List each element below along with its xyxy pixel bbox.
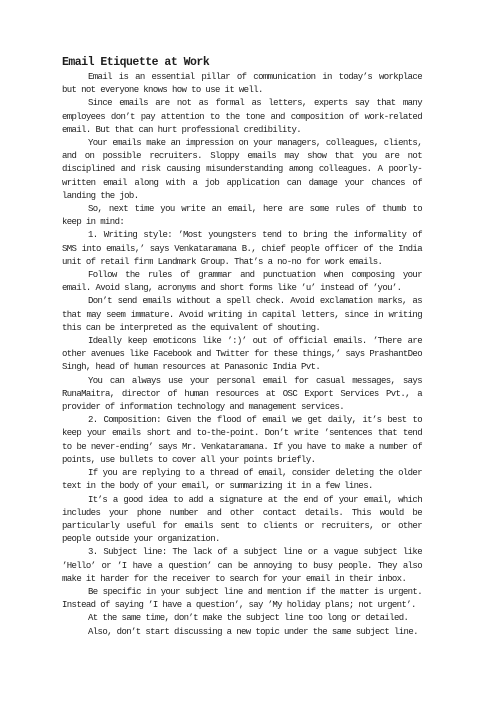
- paragraph: So, next time you write an email, here a…: [62, 203, 422, 229]
- paragraph: 3. Subject line: The lack of a subject l…: [62, 546, 422, 586]
- paragraph: At the same time, don’t make the subject…: [62, 612, 422, 625]
- paragraph: 2. Composition: Given the flood of email…: [62, 414, 422, 467]
- paragraph: Email is an essential pillar of communic…: [62, 71, 422, 97]
- paragraph: Don’t send emails without a spell check.…: [62, 295, 422, 335]
- paragraph: Since emails are not as formal as letter…: [62, 97, 422, 137]
- paragraph: Be specific in your subject line and men…: [62, 586, 422, 612]
- paragraph: Your emails make an impression on your m…: [62, 137, 422, 203]
- page-title: Email Etiquette at Work: [62, 55, 422, 70]
- paragraph: You can always use your personal email f…: [62, 375, 422, 415]
- paragraph: 1. Writing style: ’Most youngsters tend …: [62, 229, 422, 269]
- paragraph: It’s a good idea to add a signature at t…: [62, 494, 422, 547]
- document-page: Email Etiquette at Work Email is an esse…: [0, 0, 496, 702]
- document-content: Email Etiquette at Work Email is an esse…: [62, 55, 422, 639]
- paragraph: Follow the rules of grammar and punctuat…: [62, 269, 422, 295]
- paragraph: Ideally keep emoticons like ’:)’ out of …: [62, 335, 422, 375]
- paragraph: If you are replying to a thread of email…: [62, 467, 422, 493]
- paragraph: Also, don’t start discussing a new topic…: [62, 626, 422, 639]
